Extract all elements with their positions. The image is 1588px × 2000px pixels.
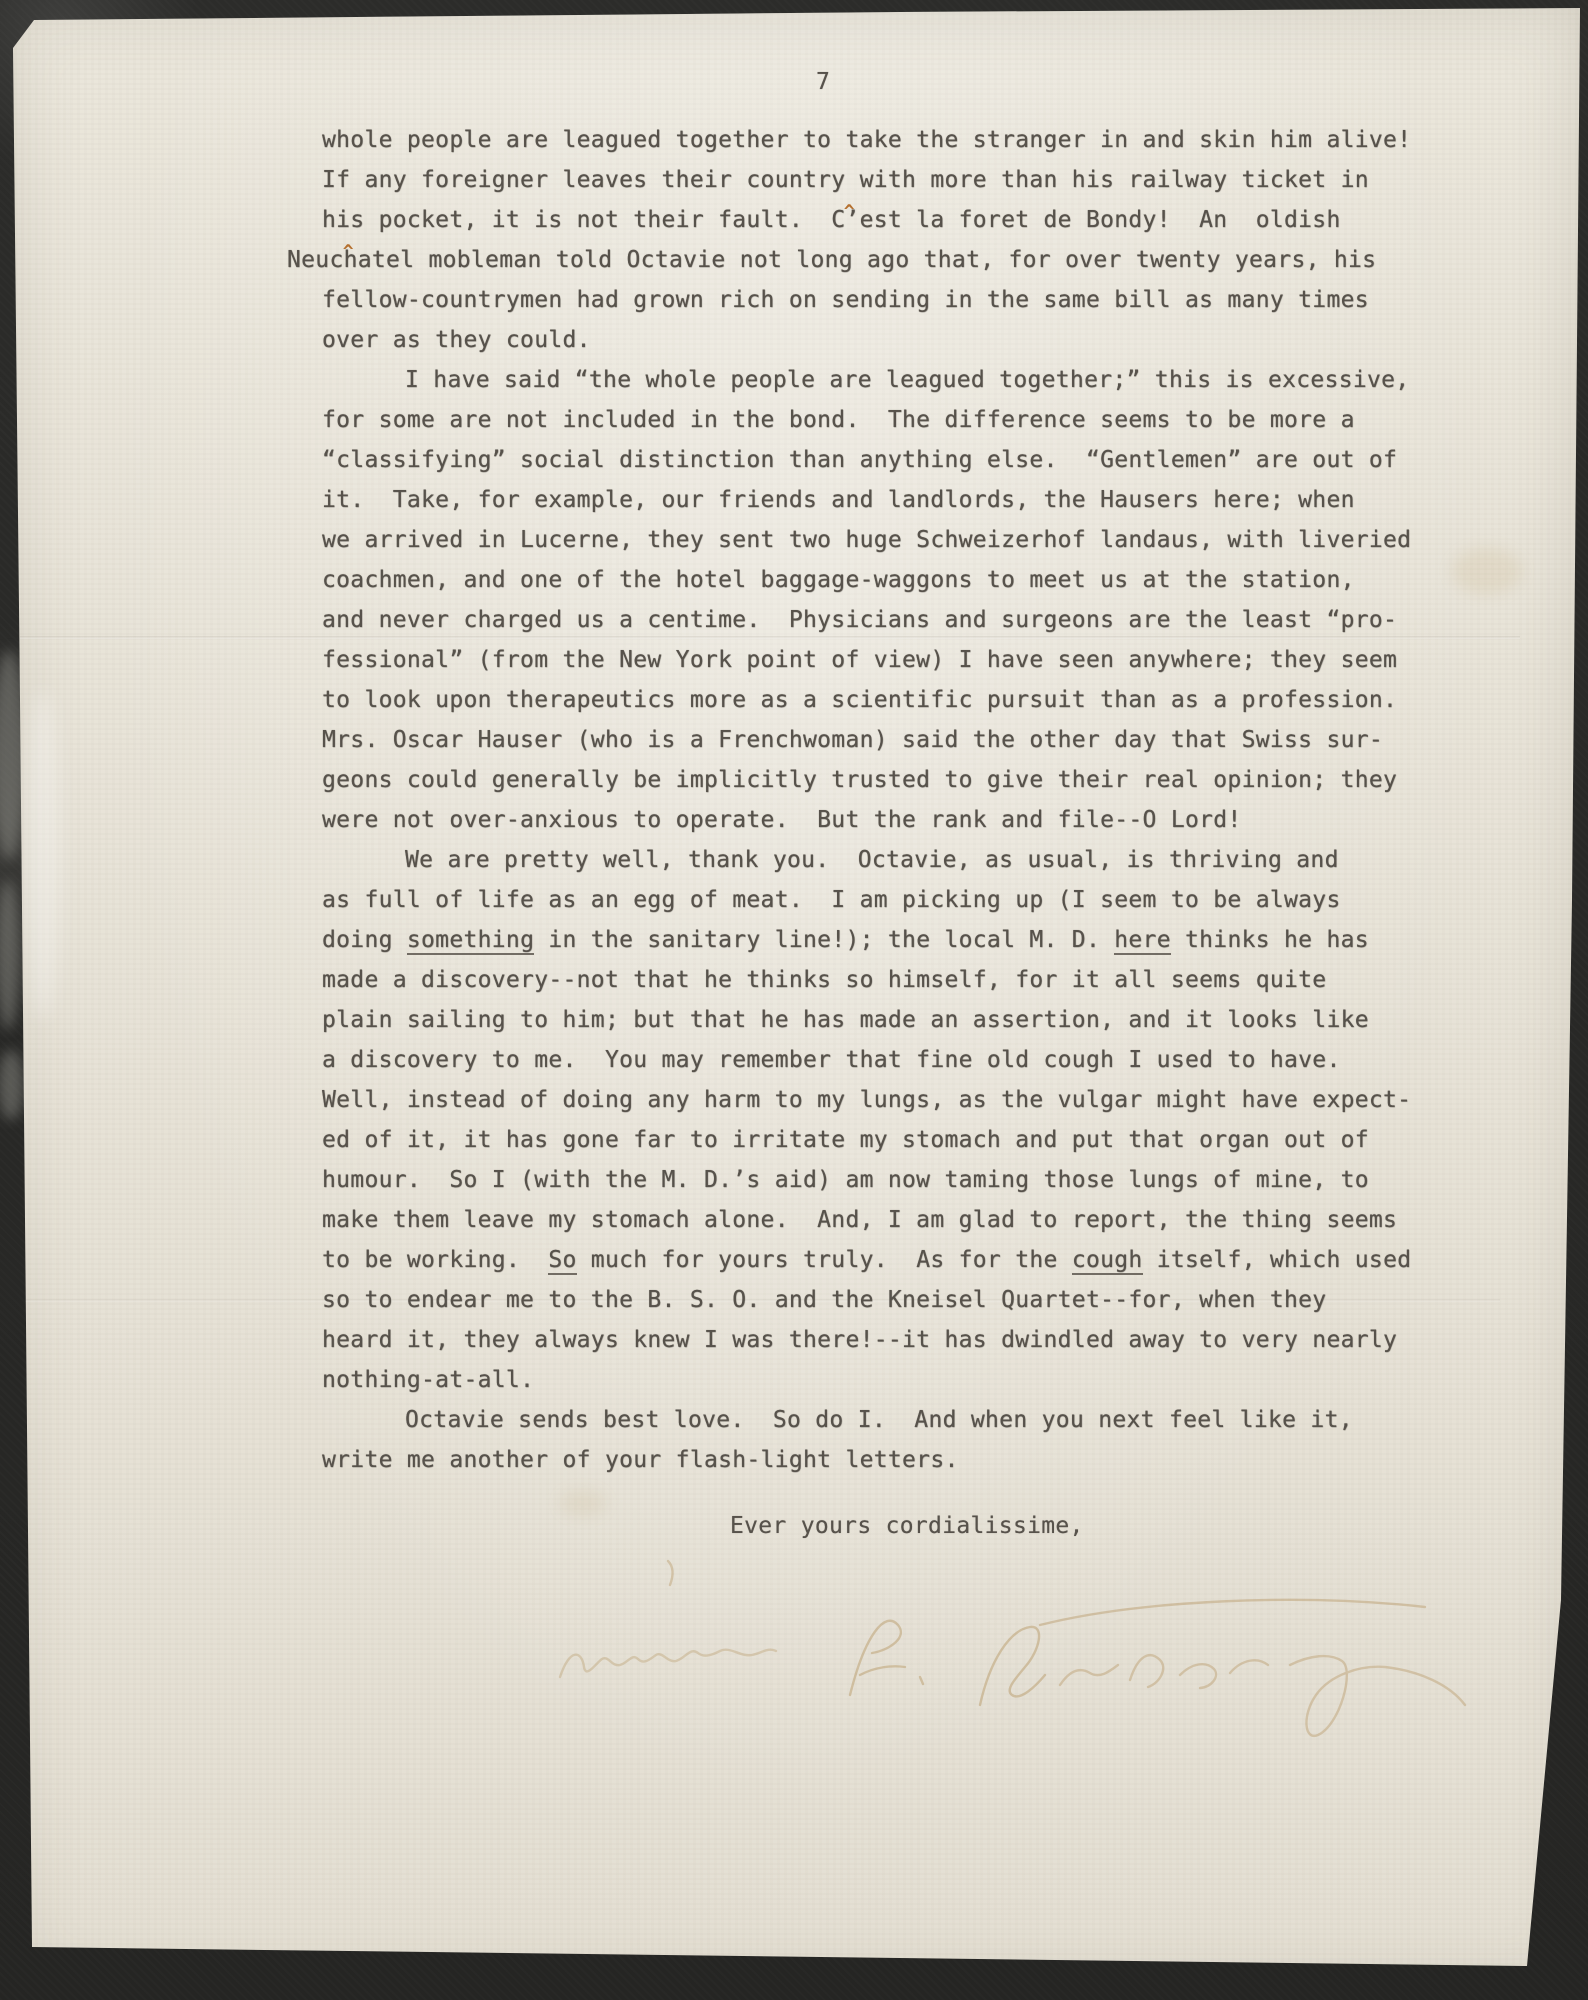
letter-line: “classifying” social distinction than an… [287, 440, 1537, 480]
letter-line: doing something in the sanitary line!); … [287, 920, 1537, 960]
letter-line: his pocket, it is not their fault. C’est… [287, 200, 1537, 240]
underlined-word: here [1114, 927, 1171, 955]
letter-line: to look upon therapeutics more as a scie… [287, 680, 1537, 720]
letter-body: whole people are leagued together to tak… [287, 120, 1537, 1480]
signature-descender-loop [1290, 1656, 1465, 1736]
letter-line: as full of life as an egg of meat. I am … [287, 880, 1537, 920]
letter-line: I have said “the whole people are league… [287, 360, 1537, 400]
paper-edge-highlight [26, 690, 60, 1020]
letter-line: were not over-anxious to operate. But th… [287, 800, 1537, 840]
letter-line: write me another of your flash-light let… [287, 1440, 1537, 1480]
letter-line: it. Take, for example, our friends and l… [287, 480, 1537, 520]
underlined-word: cough [1072, 1247, 1143, 1275]
signature-last-name-letters [1060, 1655, 1268, 1688]
page-number: 7 [816, 67, 830, 97]
letter-line: to be working. So much for yours truly. … [287, 1240, 1537, 1280]
underlined-word: So [548, 1247, 576, 1275]
letter-line: whole people are leagued together to tak… [287, 120, 1537, 160]
letter-line: make them leave my stomach alone. And, I… [287, 1200, 1537, 1240]
letter-line: over as they could. [287, 320, 1537, 360]
signature-flourish-bar [1040, 1600, 1425, 1625]
letter-line: heard it, they always knew I was there!-… [287, 1320, 1537, 1360]
letter-line: fellow-countrymen had grown rich on send… [287, 280, 1537, 320]
letter-line: we arrived in Lucerne, they sent two hug… [287, 520, 1537, 560]
scanned-letter-page: 7 whole people are leagued together to t… [0, 0, 1588, 2000]
letter-line: so to endear me to the B. S. O. and the … [287, 1280, 1537, 1320]
letter-line: Octavie sends best love. So do I. And wh… [287, 1400, 1537, 1440]
signature-last-name-stroke [980, 1627, 1045, 1705]
letter-line: nothing-at-all. [287, 1360, 1537, 1400]
scanner-bed-wear-mark [0, 880, 20, 1030]
letter-line: Well, instead of doing any harm to my lu… [287, 1080, 1537, 1120]
letter-line: geons could generally be implicitly trus… [287, 760, 1537, 800]
letter-line: If any foreigner leaves their country wi… [287, 160, 1537, 200]
letter-line: ed of it, it has gone far to irritate my… [287, 1120, 1537, 1160]
letter-line: made a discovery--not that he thinks so … [287, 960, 1537, 1000]
signature-middle-initial-stroke [850, 1621, 923, 1695]
letter-line: a discovery to me. You may remember that… [287, 1040, 1537, 1080]
paper-stain [560, 1490, 606, 1516]
letter-line: plain sailing to him; but that he has ma… [287, 1000, 1537, 1040]
letter-line: Mrs. Oscar Hauser (who is a Frenchwoman)… [287, 720, 1537, 760]
letter-line: humour. So I (with the M. D.’s aid) am n… [287, 1160, 1537, 1200]
signature-first-name-stroke [560, 1650, 776, 1677]
handwritten-signature [520, 1555, 1480, 1745]
letter-line: Neuchatel mobleman told Octavie not long… [287, 240, 1537, 280]
letter-line: fessional” (from the New York point of v… [287, 640, 1537, 680]
signature-tick-mark [668, 1561, 673, 1585]
letter-line: and never charged us a centime. Physicia… [287, 600, 1537, 640]
letter-line: coachmen, and one of the hotel baggage-w… [287, 560, 1537, 600]
letter-paper: 7 whole people are leagued together to t… [0, 0, 1588, 2000]
scanner-bed-wear-mark [0, 1050, 24, 1120]
underlined-word: something [407, 927, 534, 955]
letter-line: for some are not included in the bond. T… [287, 400, 1537, 440]
closing-line: Ever yours cordialissime, [730, 1506, 1084, 1546]
handwritten-circumflex-mark: ^ [343, 243, 354, 261]
letter-line: We are pretty well, thank you. Octavie, … [287, 840, 1537, 880]
handwritten-circumflex-mark: ^ [844, 203, 855, 221]
